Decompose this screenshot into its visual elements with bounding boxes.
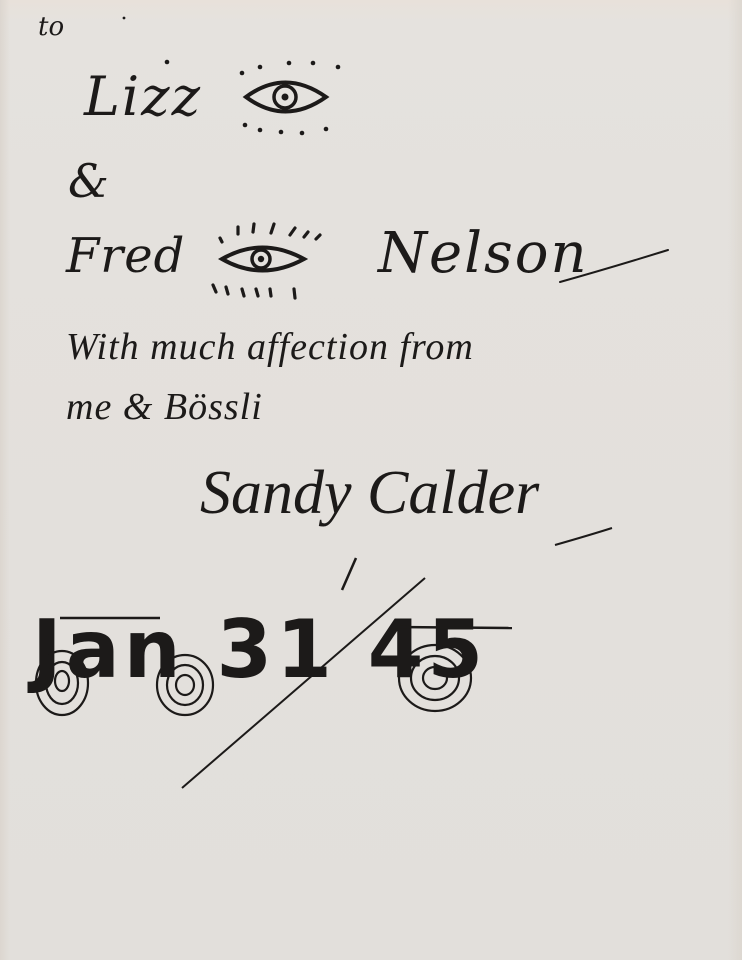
- salutation-to: to: [38, 14, 64, 40]
- signature-flourish: [555, 528, 612, 545]
- signature-stroke: [342, 558, 356, 590]
- recipient-fred: Fred: [66, 232, 185, 280]
- recipient-lizz: Lizz: [84, 70, 202, 124]
- ampersand: &: [68, 158, 109, 204]
- message-line-2: me & Bössli: [66, 388, 263, 426]
- recipient-nelson: Nelson: [378, 226, 589, 282]
- message-line-1: With much affection from: [66, 328, 474, 366]
- eye-icon: [213, 224, 320, 298]
- date: Jan 31 45: [32, 610, 487, 690]
- paper-page: to Lizz & Fred Nelson With much affectio…: [0, 0, 742, 960]
- signature: Sandy Calder: [200, 462, 539, 524]
